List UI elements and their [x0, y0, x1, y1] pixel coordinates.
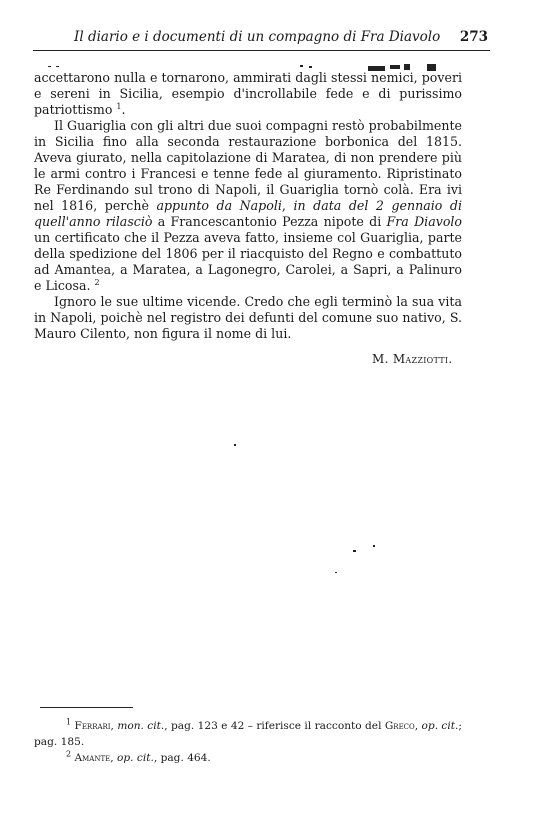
running-header: Il diario e i documenti di un compagno d…	[74, 29, 488, 45]
scan-speck	[48, 66, 51, 67]
paragraph: Ignoro le sue ultime vicende. Credo che …	[34, 294, 462, 342]
paragraph-end: .	[122, 102, 126, 117]
footnote-author: Greco,	[385, 720, 418, 732]
scan-speck	[234, 444, 236, 446]
footnote-citation: mon. cit.	[117, 720, 164, 732]
footnote-author: Ferrari,	[74, 720, 113, 732]
paragraph: accettarono nulla e tornarono, ammirati …	[34, 70, 462, 118]
scan-speck	[335, 572, 337, 573]
footnote-citation: op. cit.	[117, 752, 154, 764]
footnote-2: 2 Amante, op. cit., pag. 464.	[34, 750, 462, 766]
author-signature: M. Mazziotti.	[372, 352, 453, 366]
scan-speck	[300, 65, 303, 67]
scan-speck	[353, 550, 356, 552]
footnote-text: , pag. 123 e 42 – riferisce il racconto …	[164, 720, 385, 732]
paragraph-text: ,	[282, 198, 294, 213]
page-number: 273	[460, 29, 488, 45]
footnotes: 1 Ferrari, mon. cit., pag. 123 e 42 – ri…	[34, 718, 462, 766]
running-title: Il diario e i documenti di un compagno d…	[74, 29, 440, 45]
footnote-1: 1 Ferrari, mon. cit., pag. 123 e 42 – ri…	[34, 718, 462, 750]
footnote-author: Amante,	[74, 752, 113, 764]
paragraph-text: accettarono nulla e tornarono, ammirati …	[34, 70, 462, 117]
footnote-ref[interactable]: 2	[94, 278, 99, 287]
paragraph: Il Guariglia con gli altri due suoi comp…	[34, 118, 462, 294]
paragraph-text: Ignoro le sue ultime vicende. Credo che …	[34, 294, 462, 341]
scan-speck	[56, 66, 59, 67]
scan-speck	[309, 66, 312, 68]
footnote-rule	[40, 707, 133, 708]
footnote-citation: op. cit.	[422, 720, 459, 732]
scan-speck	[390, 65, 400, 69]
footnote-number: 1	[66, 717, 71, 726]
italic-text: appunto da Napoli	[156, 198, 281, 213]
book-page: Il diario e i documenti di un compagno d…	[0, 0, 550, 829]
italic-text: Fra Diavolo	[387, 214, 462, 229]
header-rule	[33, 50, 490, 51]
scan-speck	[373, 545, 375, 547]
footnote-text: , pag. 464.	[154, 752, 211, 764]
body-text: accettarono nulla e tornarono, ammirati …	[34, 70, 462, 342]
paragraph-text: a Francescantonio Pezza nipote di	[152, 214, 386, 229]
footnote-number: 2	[66, 749, 71, 758]
